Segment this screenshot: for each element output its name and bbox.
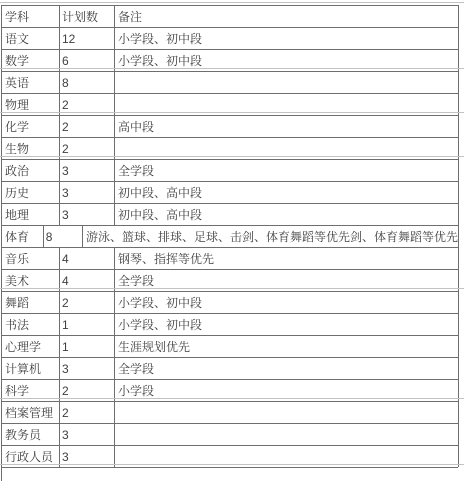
cell-count: 8 <box>44 226 83 247</box>
cell-count: 3 <box>60 358 115 379</box>
table-row: 档案管理2 <box>2 402 458 424</box>
cell-note: 高中段 <box>115 116 458 137</box>
table-row: 书法1小学段、初中段 <box>2 314 458 336</box>
cell-count: 3 <box>60 160 115 181</box>
cell-count: 4 <box>60 248 115 269</box>
cell-subject: 英语 <box>2 72 60 93</box>
cell-count: 8 <box>60 72 115 93</box>
table-row: 历史3初中段、高中段 <box>2 182 458 204</box>
cell-subject: 书法 <box>2 314 60 335</box>
cell-count: 3 <box>60 182 115 203</box>
cell-subject: 计算机 <box>2 358 60 379</box>
cell-note: 小学段、初中段 <box>115 314 458 335</box>
table-row: 政治3全学段 <box>2 160 458 182</box>
table-row: 舞蹈2小学段、初中段 <box>2 292 458 314</box>
cell-count: 1 <box>60 314 115 335</box>
cell-count: 3 <box>60 204 115 225</box>
cell-count: 2 <box>60 292 115 313</box>
cell-count: 12 <box>60 28 115 49</box>
table-header-row: 学科计划数备注 <box>2 6 458 28</box>
cell-subject: 心理学 <box>2 336 60 357</box>
cell-subject: 语文 <box>2 28 60 49</box>
cell-note: 全学段 <box>115 358 458 379</box>
cell-note: 初中段、高中段 <box>115 182 458 203</box>
cell-subject: 档案管理 <box>2 402 60 423</box>
cell-subject: 体育 <box>2 226 44 247</box>
header-cell-subject: 学科 <box>2 6 60 27</box>
recruitment-plan-table: 学科计划数备注语文12小学段、初中段数学6小学段、初中段英语8物理2化学2高中段… <box>2 6 458 481</box>
cell-count: 2 <box>60 402 115 423</box>
cell-subject: 音乐 <box>2 248 60 269</box>
cell-note <box>115 424 458 445</box>
cell-note: 钢琴、指挥等优先 <box>115 248 458 269</box>
cell-note <box>115 402 458 423</box>
table-row: 体育8游泳、篮球、排球、足球、击剑、体育舞蹈等优先剑、体育舞蹈等优先 <box>2 226 458 248</box>
cell-note: 小学段、初中段 <box>115 292 458 313</box>
table-row: 教务员3 <box>2 424 458 446</box>
cell-note: 全学段 <box>115 160 458 181</box>
cell-note: 小学段、初中段 <box>115 28 458 49</box>
page: 学科计划数备注语文12小学段、初中段数学6小学段、初中段英语8物理2化学2高中段… <box>0 0 464 481</box>
table-row: 语文12小学段、初中段 <box>2 28 458 50</box>
table-row: 心理学1生涯规划优先 <box>2 336 458 358</box>
cell-subject: 政治 <box>2 160 60 181</box>
header-cell-count: 计划数 <box>60 6 115 27</box>
cell-note: 初中段、高中段 <box>115 204 458 225</box>
cell-note: 生涯规划优先 <box>115 336 458 357</box>
cell-count: 2 <box>60 116 115 137</box>
table-row: 化学2高中段 <box>2 116 458 138</box>
table-row: 地理3初中段、高中段 <box>2 204 458 226</box>
cell-subject: 化学 <box>2 116 60 137</box>
partial-empty-row <box>2 468 458 481</box>
table-row: 英语8 <box>2 72 458 94</box>
table-row: 音乐4钢琴、指挥等优先 <box>2 248 458 270</box>
cell-count: 3 <box>60 424 115 445</box>
cell-note <box>115 72 458 93</box>
cell-count: 1 <box>60 336 115 357</box>
cell-subject: 教务员 <box>2 424 60 445</box>
cell-subject: 历史 <box>2 182 60 203</box>
cell-subject: 地理 <box>2 204 60 225</box>
cell-subject: 舞蹈 <box>2 292 60 313</box>
cell-note: 游泳、篮球、排球、足球、击剑、体育舞蹈等优先剑、体育舞蹈等优先 <box>83 226 458 247</box>
header-cell-note: 备注 <box>115 6 458 27</box>
table-row: 计算机3全学段 <box>2 358 458 380</box>
